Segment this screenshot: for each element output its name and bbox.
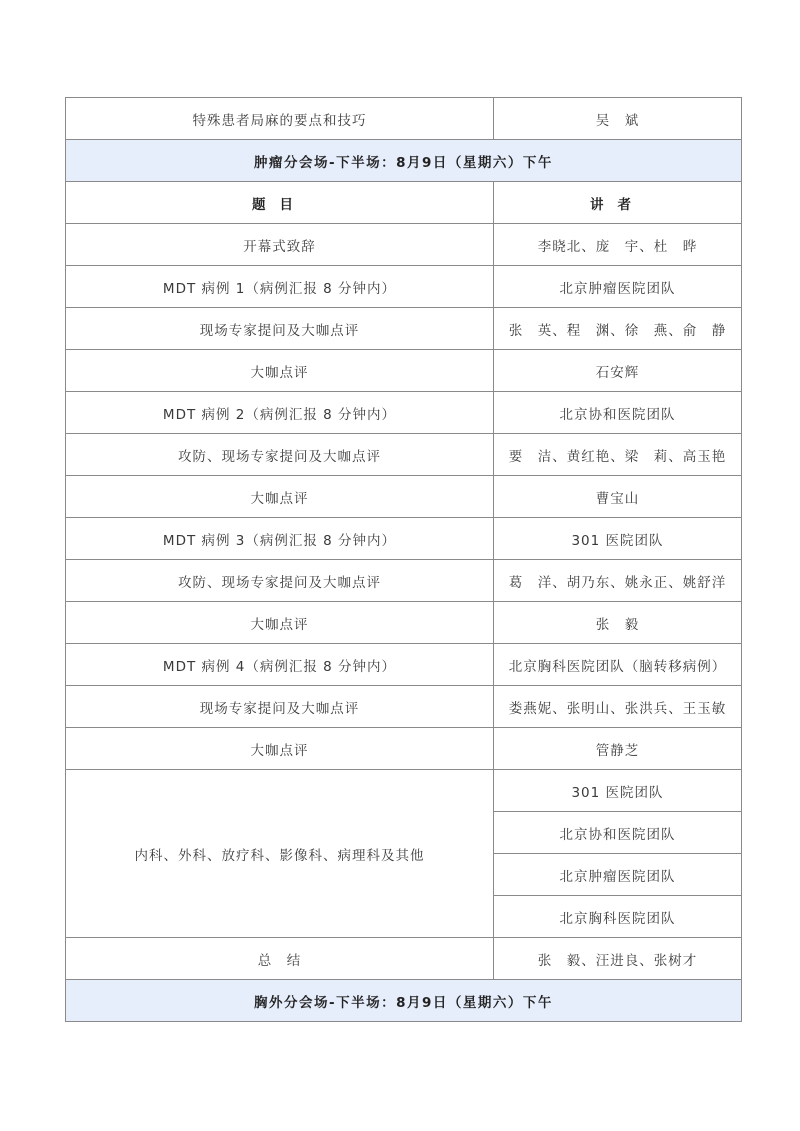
table-row: MDT 病例 4（病例汇报 8 分钟内）北京胸科医院团队（脑转移病例）	[66, 644, 742, 686]
speaker-cell: 石安辉	[494, 350, 742, 392]
topic-cell: 现场专家提问及大咖点评	[66, 308, 494, 350]
speaker-cell: 张 毅	[494, 602, 742, 644]
table-row: MDT 病例 3（病例汇报 8 分钟内）301 医院团队	[66, 518, 742, 560]
section-header-oncology: 肿瘤分会场-下半场：8月9日（星期六）下午	[66, 140, 742, 182]
speaker-cell: 张 英、程 渊、徐 燕、俞 静	[494, 308, 742, 350]
table-row: 开幕式致辞李晓北、庞 宇、杜 晔	[66, 224, 742, 266]
group-topic-cell: 内科、外科、放疗科、影像科、病理科及其他	[66, 770, 494, 938]
topic-cell: 攻防、现场专家提问及大咖点评	[66, 434, 494, 476]
table-row: 特殊患者局麻的要点和技巧 吴 斌	[66, 98, 742, 140]
speaker-cell: 301 医院团队	[494, 518, 742, 560]
topic-cell: 大咖点评	[66, 728, 494, 770]
column-header-speaker: 讲者	[494, 182, 742, 224]
table-row: 大咖点评张 毅	[66, 602, 742, 644]
topic-cell: 大咖点评	[66, 602, 494, 644]
speaker-cell: 北京肿瘤医院团队	[494, 854, 742, 896]
topic-cell: MDT 病例 4（病例汇报 8 分钟内）	[66, 644, 494, 686]
schedule-table: 特殊患者局麻的要点和技巧 吴 斌 肿瘤分会场-下半场：8月9日（星期六）下午 题…	[65, 97, 742, 1022]
speaker-cell: 葛 洋、胡乃东、姚永正、姚舒洋	[494, 560, 742, 602]
speaker-cell: 管静芝	[494, 728, 742, 770]
table-row: 总 结 张 毅、汪进良、张树才	[66, 938, 742, 980]
table-row: 攻防、现场专家提问及大咖点评要 洁、黄红艳、梁 莉、高玉艳	[66, 434, 742, 476]
speaker-cell: 张 毅、汪进良、张树才	[494, 938, 742, 980]
topic-cell: MDT 病例 1（病例汇报 8 分钟内）	[66, 266, 494, 308]
topic-cell: 大咖点评	[66, 476, 494, 518]
speaker-cell: 北京协和医院团队	[494, 392, 742, 434]
speaker-cell: 301 医院团队	[494, 770, 742, 812]
section-header-thoracic: 胸外分会场-下半场：8月9日（星期六）下午	[66, 980, 742, 1022]
speaker-cell: 要 洁、黄红艳、梁 莉、高玉艳	[494, 434, 742, 476]
section-title: 胸外分会场-下半场：8月9日（星期六）下午	[66, 980, 742, 1022]
column-header-topic: 题目	[66, 182, 494, 224]
topic-cell: 总 结	[66, 938, 494, 980]
topic-cell: 攻防、现场专家提问及大咖点评	[66, 560, 494, 602]
topic-cell: MDT 病例 3（病例汇报 8 分钟内）	[66, 518, 494, 560]
table-row: 攻防、现场专家提问及大咖点评葛 洋、胡乃东、姚永正、姚舒洋	[66, 560, 742, 602]
table-row: 内科、外科、放疗科、影像科、病理科及其他 301 医院团队	[66, 770, 742, 812]
topic-cell: MDT 病例 2（病例汇报 8 分钟内）	[66, 392, 494, 434]
speaker-cell: 北京肿瘤医院团队	[494, 266, 742, 308]
topic-cell: 大咖点评	[66, 350, 494, 392]
table-row: 大咖点评石安辉	[66, 350, 742, 392]
speaker-cell: 吴 斌	[494, 98, 742, 140]
topic-cell: 现场专家提问及大咖点评	[66, 686, 494, 728]
topic-cell: 开幕式致辞	[66, 224, 494, 266]
column-header-row: 题目 讲者	[66, 182, 742, 224]
speaker-cell: 北京胸科医院团队（脑转移病例）	[494, 644, 742, 686]
speaker-cell: 曹宝山	[494, 476, 742, 518]
speaker-cell: 娄燕妮、张明山、张洪兵、王玉敏	[494, 686, 742, 728]
table-row: MDT 病例 2（病例汇报 8 分钟内）北京协和医院团队	[66, 392, 742, 434]
table-row: 大咖点评管静芝	[66, 728, 742, 770]
table-row: 现场专家提问及大咖点评娄燕妮、张明山、张洪兵、王玉敏	[66, 686, 742, 728]
speaker-cell: 北京协和医院团队	[494, 812, 742, 854]
topic-cell: 特殊患者局麻的要点和技巧	[66, 98, 494, 140]
section-title: 肿瘤分会场-下半场：8月9日（星期六）下午	[66, 140, 742, 182]
table-row: 大咖点评曹宝山	[66, 476, 742, 518]
table-row: MDT 病例 1（病例汇报 8 分钟内）北京肿瘤医院团队	[66, 266, 742, 308]
speaker-cell: 李晓北、庞 宇、杜 晔	[494, 224, 742, 266]
speaker-cell: 北京胸科医院团队	[494, 896, 742, 938]
table-row: 现场专家提问及大咖点评张 英、程 渊、徐 燕、俞 静	[66, 308, 742, 350]
